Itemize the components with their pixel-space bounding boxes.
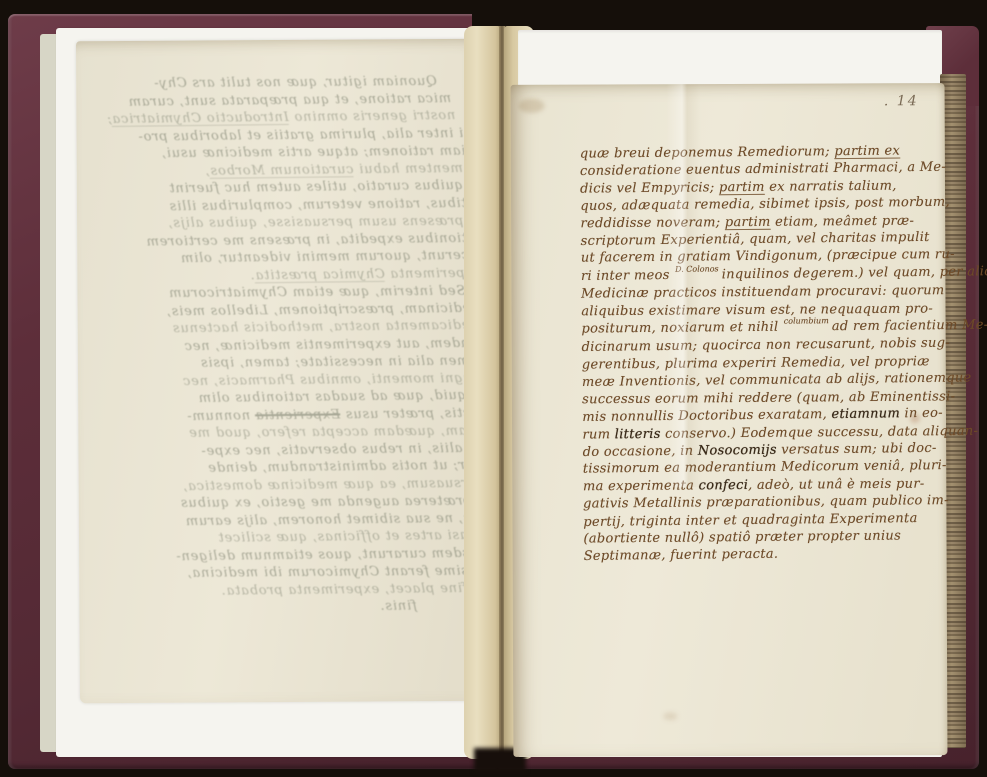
manuscript-line: ma experimenta confeci, adeò, ut unâ è m…	[583, 475, 943, 495]
manuscript-text-block: quæ breui deponemus Remediorum; partim e…	[580, 142, 944, 565]
bleedthrough-line: finis.	[93, 597, 487, 619]
right-page-leaf: . 14 quæ breui deponemus Remediorum; par…	[511, 83, 948, 757]
manuscript-line: Septimanæ, fuerint peracta.	[584, 544, 944, 566]
gutter-fold-left	[464, 26, 501, 759]
foxing-stain	[519, 99, 545, 113]
left-page-leaf: Quoniam igitur, quæ nos tulit ars Chy-mi…	[76, 39, 494, 704]
foxing-stain	[663, 712, 677, 720]
manuscript-line: aliquibus existimare visum est, ne nequa…	[581, 300, 941, 320]
book-photograph: Quoniam igitur, quæ nos tulit ars Chy-mi…	[0, 0, 987, 777]
manuscript-line: pertij, triginta inter et quadraginta Ex…	[583, 509, 943, 531]
page-number: . 14	[884, 93, 919, 109]
bleedthrough-text-block: Quoniam igitur, quæ nos tulit ars Chy-mi…	[87, 72, 487, 619]
